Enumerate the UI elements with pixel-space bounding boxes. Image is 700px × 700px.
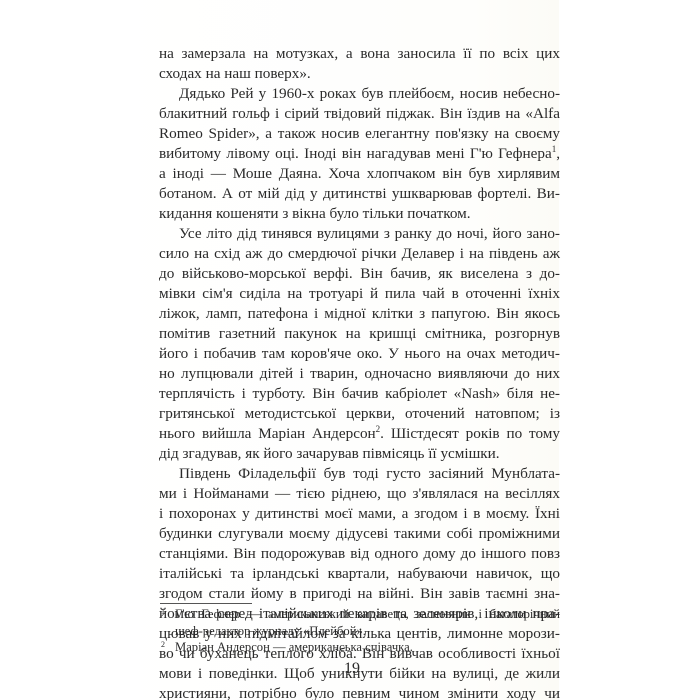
text-line: нього вийшла Маріан Андерсон2. Шістдесят… [159,424,560,444]
text-line: будинки слугували моєму дідусеві такими … [159,524,560,544]
text-line: но лупцювали дітей і тварин, одночасно в… [159,364,560,384]
footnote: 1Г'ю Гефнер — американський видавець, за… [159,606,560,639]
footnotes: 1Г'ю Гефнер — американський видавець, за… [159,606,560,656]
footnote-ref: 1 [552,144,557,154]
text-line: дід згадував, як його зачарував півмісяц… [159,444,560,464]
text-line: на замерзала на мотузках, а вона заносил… [159,44,560,64]
text-line: кидання кошеняти з вікна було тільки поч… [159,204,560,224]
text-line: гритянської методистської церкви, оточен… [159,404,560,424]
text-line: блакитний гольф і сірий твідовий піджак.… [159,104,560,124]
text-line: італійські та ірландські квартали, набув… [159,564,560,584]
text-line: до військово-морської верфі. Він бачив, … [159,264,560,284]
text-line: Romeo Spider», а також носив елегантну п… [159,124,560,144]
page-number: 19 [0,660,700,678]
footnote-line: Маріан Андерсон — американська співачка. [175,639,560,656]
text-line: його і побачив там коров'яче око. У ньог… [159,344,560,364]
text-line: сило на схід аж до смердючої річки Делав… [159,244,560,264]
footnote-ref: 2 [376,424,381,434]
text-line: вибитому лівому оці. Іноді він нагадував… [159,144,560,164]
text-line: сходах на наш поверх». [159,64,560,84]
footnote: 2Маріан Андерсон — американська співачка… [159,639,560,656]
text-line: мівки сім'я сиділа на тротуарі й пила ча… [159,284,560,304]
text-line: помітив газетний пакунок на кришці смітн… [159,324,560,344]
page-number-text: 19 [344,660,360,678]
text-line: християни, потрібно було певним чином зм… [159,684,560,700]
text-line: Усе літо дід тинявся вулицями з ранку до… [159,224,560,244]
footnote-number: 2 [161,637,165,654]
text-line: Дядько Рей у 1960-х роках був плейбоєм, … [159,84,560,104]
text-line: станціями. Він подорожував від одного до… [159,544,560,564]
text-line: ми і Нойманами — тією ріднею, що з'являл… [159,484,560,504]
text-line: Південь Філадельфії був тоді густо засія… [159,464,560,484]
text-line: ботаном. А от мій дід у дитинстві ушквар… [159,184,560,204]
footnote-number: 1 [161,604,165,621]
text-line: ліжок, ламп, патефона і мідної клітки з … [159,304,560,324]
text-line: згодом стали йому в пригоді на війні. Ві… [159,584,560,604]
text-line: а іноді — Моше Даяна. Хоча хлопчаком він… [159,164,560,184]
text-line: терплячість і турботу. Він бачив кабріол… [159,384,560,404]
footnote-line: Г'ю Гефнер — американський видавець, зас… [175,606,560,623]
footnote-line: шеф-редактор журналу «Плейбой». [175,623,560,640]
footnote-rule [160,603,252,604]
body-text: на замерзала на мотузках, а вона заносил… [159,44,560,700]
text-line: і похоронах у дитинстві моєї мами, а зго… [159,504,560,524]
